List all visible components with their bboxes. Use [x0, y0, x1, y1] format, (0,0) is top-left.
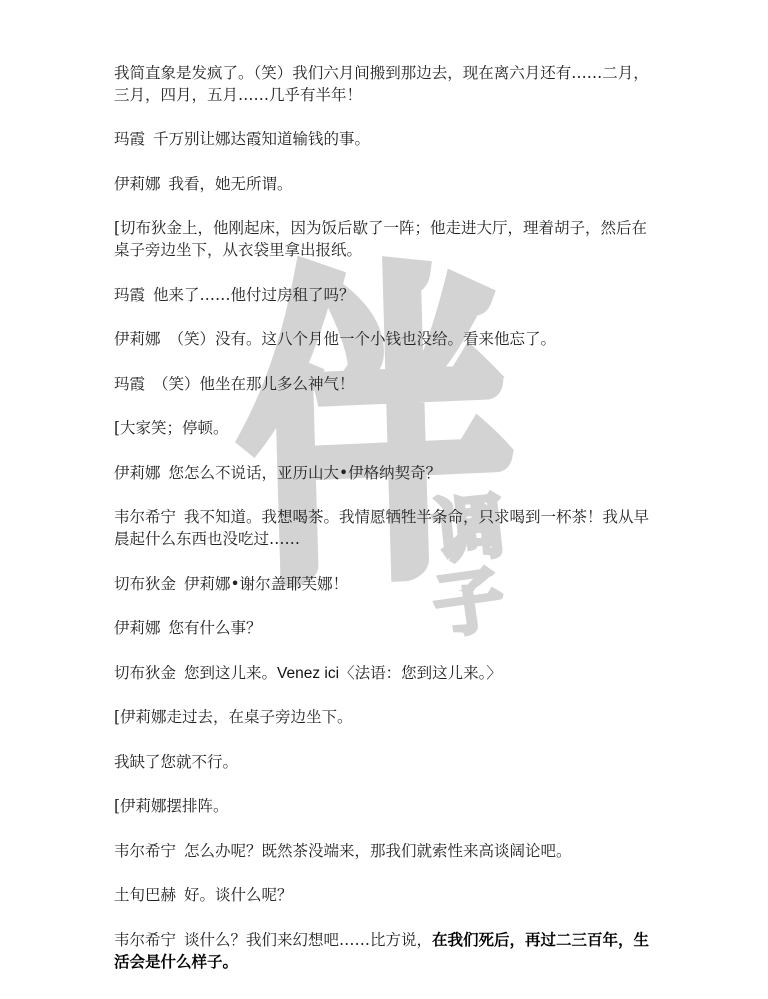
text-line: 切布狄金您到这儿来。Venez ici〈法语：您到这儿来。〉: [114, 662, 649, 684]
dialogue-paragraph: 伊莉娜您有什么事？: [114, 617, 649, 639]
text-line: 土旬巴赫好。谈什么呢？: [114, 884, 649, 906]
dialogue-paragraph: 伊莉娜您怎么不说话，亚历山大•伊格纳契奇？: [114, 462, 649, 484]
text-line: 我缺了您就不行。: [114, 751, 649, 773]
stage-direction: [切布狄金上，他刚起床，因为饭后歇了一阵；他走进大厅，理着胡子，然后在 桌子旁边…: [114, 217, 649, 261]
dialogue-paragraph: 伊莉娜我看，她无所谓。: [114, 173, 649, 195]
speaker-name: 玛霞: [114, 286, 145, 304]
speaker-name: 韦尔希宁: [114, 842, 176, 860]
text-line: 玛霞（笑）他坐在那儿多么神气！: [114, 373, 649, 395]
speaker-name: 伊莉娜: [114, 619, 161, 637]
speaker-name: 切布狄金: [114, 664, 176, 682]
text-line: 伊莉娜（笑）没有。这八个月他一个小钱也没给。看来他忘了。: [114, 328, 649, 350]
emphasized-text: 在我们死后，再过二三百年，生: [432, 931, 649, 949]
text-line: [伊莉娜摆排阵。: [114, 795, 649, 817]
translation-note: 〈法语：您到这儿来。〉: [339, 664, 502, 682]
dialogue-text: 您有什么事？: [169, 619, 262, 637]
dialogue-paragraph: 土旬巴赫好。谈什么呢？: [114, 884, 649, 906]
speaker-name: 韦尔希宁: [114, 931, 176, 949]
document-body: 我简直象是发疯了。（笑）我们六月间搬到那边去，现在离六月还有……二月， 三月，四…: [114, 62, 649, 996]
dialogue-text: 怎么办呢？既然茶没端来，那我们就索性来高谈阔论吧。: [184, 842, 572, 860]
dialogue-text: 好。谈什么呢？: [184, 886, 293, 904]
dialogue-paragraph: 切布狄金您到这儿来。Venez ici〈法语：您到这儿来。〉: [114, 662, 649, 684]
text-line: 活会是什么样子。: [114, 951, 649, 973]
text-line: 玛霞千万别让娜达霞知道输钱的事。: [114, 128, 649, 150]
speaker-name: 玛霞: [114, 130, 145, 148]
dialogue-text: 谈什么？我们来幻想吧……比方说，: [184, 931, 432, 949]
text-line: 伊莉娜我看，她无所谓。: [114, 173, 649, 195]
speaker-name: 伊莉娜: [114, 175, 161, 193]
text-line: 我简直象是发疯了。（笑）我们六月间搬到那边去，现在离六月还有……二月，: [114, 62, 649, 84]
dialogue-text: 我不知道。我想喝茶。我情愿牺牲半条命，只求喝到一杯茶！我从早: [184, 508, 649, 526]
dialogue-text: 千万别让娜达霞知道输钱的事。: [153, 130, 370, 148]
dialogue-text: 我看，她无所谓。: [169, 175, 293, 193]
speaker-name: 土旬巴赫: [114, 886, 176, 904]
text-line: 切布狄金伊莉娜•谢尔盖耶芙娜！: [114, 573, 649, 595]
dialogue-text: 他来了……他付过房租了吗？: [153, 286, 355, 304]
text-line: 玛霞他来了……他付过房租了吗？: [114, 284, 649, 306]
text-line: [切布狄金上，他刚起床，因为饭后歇了一阵；他走进大厅，理着胡子，然后在: [114, 217, 649, 239]
dialogue-text: 伊莉娜•谢尔盖耶芙娜！: [184, 575, 348, 593]
speaker-name: 韦尔希宁: [114, 508, 176, 526]
text-line: 三月，四月，五月……几乎有半年！: [114, 84, 649, 106]
foreign-phrase: Venez ici: [277, 665, 339, 682]
dialogue-paragraph: 韦尔希宁我不知道。我想喝茶。我情愿牺牲半条命，只求喝到一杯茶！我从早 晨起什么东…: [114, 506, 649, 550]
text-line: [伊莉娜走过去，在桌子旁边坐下。: [114, 706, 649, 728]
dialogue-paragraph: 玛霞千万别让娜达霞知道输钱的事。: [114, 128, 649, 150]
document-page: 伴 调 子 我简直象是发疯了。（笑）我们六月间搬到那边去，现在离六月还有……二月…: [0, 0, 768, 999]
narration-paragraph: 我简直象是发疯了。（笑）我们六月间搬到那边去，现在离六月还有……二月， 三月，四…: [114, 62, 649, 106]
speaker-name: 玛霞: [114, 375, 145, 393]
text-line: 伊莉娜您怎么不说话，亚历山大•伊格纳契奇？: [114, 462, 649, 484]
text-line: 韦尔希宁怎么办呢？既然茶没端来，那我们就索性来高谈阔论吧。: [114, 840, 649, 862]
speaker-name: 伊莉娜: [114, 464, 161, 482]
text-line: 韦尔希宁我不知道。我想喝茶。我情愿牺牲半条命，只求喝到一杯茶！我从早: [114, 506, 649, 528]
dialogue-paragraph: 切布狄金伊莉娜•谢尔盖耶芙娜！: [114, 573, 649, 595]
speaker-name: 切布狄金: [114, 575, 176, 593]
dialogue-text: 您到这儿来。: [184, 664, 277, 682]
text-line: 韦尔希宁谈什么？我们来幻想吧……比方说，在我们死后，再过二三百年，生: [114, 929, 649, 951]
text-line: 晨起什么东西也没吃过……: [114, 528, 649, 550]
stage-direction: [伊莉娜摆排阵。: [114, 795, 649, 817]
dialogue-paragraph: 韦尔希宁谈什么？我们来幻想吧……比方说，在我们死后，再过二三百年，生 活会是什么…: [114, 929, 649, 973]
text-line: 伊莉娜您有什么事？: [114, 617, 649, 639]
narration-paragraph: 我缺了您就不行。: [114, 751, 649, 773]
dialogue-text: （笑）他坐在那儿多么神气！: [153, 375, 355, 393]
emphasized-text: 活会是什么样子。: [114, 953, 238, 971]
dialogue-text: 您怎么不说话，亚历山大•伊格纳契奇？: [169, 464, 442, 482]
speaker-name: 伊莉娜: [114, 330, 161, 348]
text-line: 桌子旁边坐下，从衣袋里拿出报纸。: [114, 239, 649, 261]
stage-direction: [大家笑；停顿。: [114, 417, 649, 439]
dialogue-paragraph: 玛霞（笑）他坐在那儿多么神气！: [114, 373, 649, 395]
dialogue-paragraph: 伊莉娜（笑）没有。这八个月他一个小钱也没给。看来他忘了。: [114, 328, 649, 350]
dialogue-paragraph: 韦尔希宁怎么办呢？既然茶没端来，那我们就索性来高谈阔论吧。: [114, 840, 649, 862]
dialogue-paragraph: 玛霞他来了……他付过房租了吗？: [114, 284, 649, 306]
text-line: [大家笑；停顿。: [114, 417, 649, 439]
stage-direction: [伊莉娜走过去，在桌子旁边坐下。: [114, 706, 649, 728]
dialogue-text: （笑）没有。这八个月他一个小钱也没给。看来他忘了。: [169, 330, 557, 348]
